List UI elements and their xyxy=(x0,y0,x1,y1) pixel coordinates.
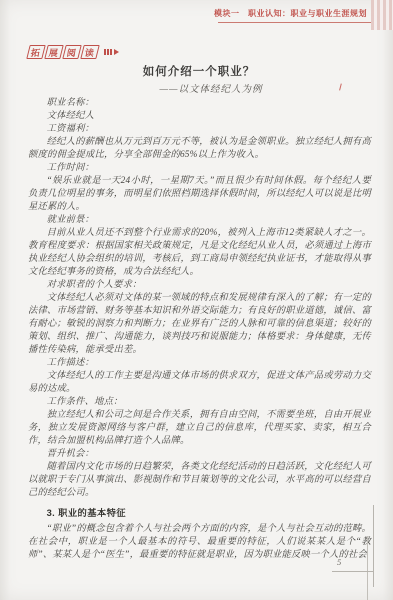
section-label: 工作条件、地点： xyxy=(28,396,371,409)
article-title: 如何介绍一个职业？ xyxy=(28,63,370,79)
paragraph: 经纪人的薪酬也从万元到百万元不等，被认为是金领职业。独立经纪人拥有高额度的佣金提… xyxy=(28,136,371,162)
extended-reading-badge: 拓 展 阅 读 xyxy=(28,45,119,59)
article-subtitle: ——以文体经纪人为例 xyxy=(40,81,382,95)
read-more-arrow-icon xyxy=(104,49,119,55)
paragraph: 随着国内文化市场的日趋繁荣，各类文化经纪活动的日趋活跃，文化经纪人可以就职于专门… xyxy=(28,461,371,500)
badge-char: 读 xyxy=(85,46,96,59)
section-label: 对求职者的个人要求： xyxy=(28,279,371,292)
section-label: 工作时间： xyxy=(28,162,371,175)
chapter-corner-tab xyxy=(371,0,393,30)
section-heading: 3. 职业的基本特征 xyxy=(28,507,371,520)
corner-rule-vertical xyxy=(367,536,368,600)
badge-char-box: 展 xyxy=(44,45,63,59)
badge-char: 拓 xyxy=(31,46,42,59)
article-body: 职业名称： 文体经纪人 工资福利： 经纪人的薪酬也从万元到百万元不等，被认为是金… xyxy=(28,97,371,562)
running-head: 模块一 职业认知：职业与职业生涯规划 xyxy=(214,8,367,19)
section-label: 职业名称： xyxy=(28,97,371,110)
book-page: 模块一 职业认知：职业与职业生涯规划 拓 展 阅 读 如何介绍一个职业？ ——以… xyxy=(0,0,393,600)
section-label: 工资福利： xyxy=(28,123,371,136)
header-rule xyxy=(218,22,371,23)
section-label: 工作描述： xyxy=(28,357,371,370)
paragraph: 独立经纪人和公司之间是合作关系，拥有自由空间，不需要坐班，自由开展业务，独立发展… xyxy=(28,409,371,448)
section-label: 就业前景： xyxy=(28,214,371,227)
paragraph: 文体经纪人的工作主要是沟通文体市场的供求双方，促进文体产品或劳动力交易的达成。 xyxy=(28,370,371,396)
paragraph: 文体经纪人必须对文体的某一领域的特点和发展规律有深入的了解；有一定的法律、市场营… xyxy=(28,292,371,357)
badge-char-box: 阅 xyxy=(62,45,81,59)
badge-char: 展 xyxy=(49,46,60,59)
corner-rule-horizontal xyxy=(332,571,374,572)
paragraph: “职业”的概念包含着个人与社会两个方面的内容，是个人与社会互动的范畴。在社会中，… xyxy=(28,523,371,562)
page-number: 5 xyxy=(337,557,341,567)
paragraph: “娱乐业就是一天24小时，一星期7天。”而且很少有时间休假。每个经纪人要负责几位… xyxy=(28,175,371,214)
corner-rule-vertical xyxy=(373,505,374,587)
badge-char-box: 读 xyxy=(80,45,99,59)
paragraph: 目前从业人员还不到整个行业需求的20%，被列入上海市12类紧缺人才之一。教育程度… xyxy=(28,227,371,279)
section-label: 晋升机会： xyxy=(28,448,371,461)
text-line: 文体经纪人 xyxy=(28,110,371,123)
badge-char-box: 拓 xyxy=(26,45,45,59)
badge-char: 阅 xyxy=(67,46,78,59)
